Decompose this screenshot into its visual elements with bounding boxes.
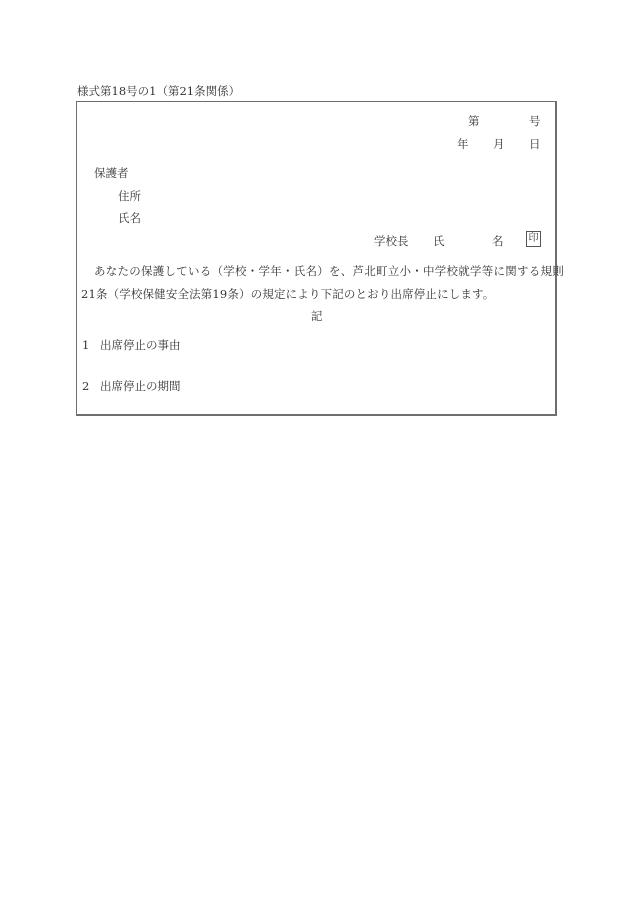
seal-icon: 印 — [526, 231, 541, 247]
notice-heading: 記 — [311, 308, 323, 324]
document-number-suffix: 号 — [529, 113, 541, 129]
form-number: 様式第18号の1（第21条関係） — [77, 83, 240, 99]
guardian-label: 保護者 — [94, 165, 129, 181]
guardian-name-label: 氏名 — [118, 210, 141, 226]
item-label: 出席停止の期間 — [100, 379, 181, 393]
date-day-label: 日 — [529, 136, 541, 152]
principal-name-second-char: 名 — [492, 233, 504, 249]
document-number-prefix: 第 — [468, 113, 480, 129]
body-text-line-1: あなたの保護している（学校・学年・氏名）を、芦北町立小・中学校就学等に関する規則 — [94, 263, 564, 279]
list-item: 1出席停止の事由 — [82, 337, 181, 353]
guardian-address-label: 住所 — [118, 188, 141, 204]
principal-title: 学校長 — [374, 233, 409, 249]
principal-name-first-char: 氏 — [433, 233, 445, 249]
date-year-label: 年 — [457, 136, 469, 152]
date-month-label: 月 — [493, 136, 505, 152]
attendance-suspension-notice: 第 号 年 月 日 保護者 住所 氏名 学校長 氏 名 印 あなたの保護している… — [76, 101, 557, 416]
item-number: 2 — [82, 379, 100, 393]
body-text-line-2: 21条（学校保健安全法第19条）の規定により下記のとおり出席停止にします。 — [81, 286, 494, 302]
item-number: 1 — [82, 338, 100, 352]
list-item: 2出席停止の期間 — [82, 378, 181, 394]
item-label: 出席停止の事由 — [100, 338, 181, 352]
